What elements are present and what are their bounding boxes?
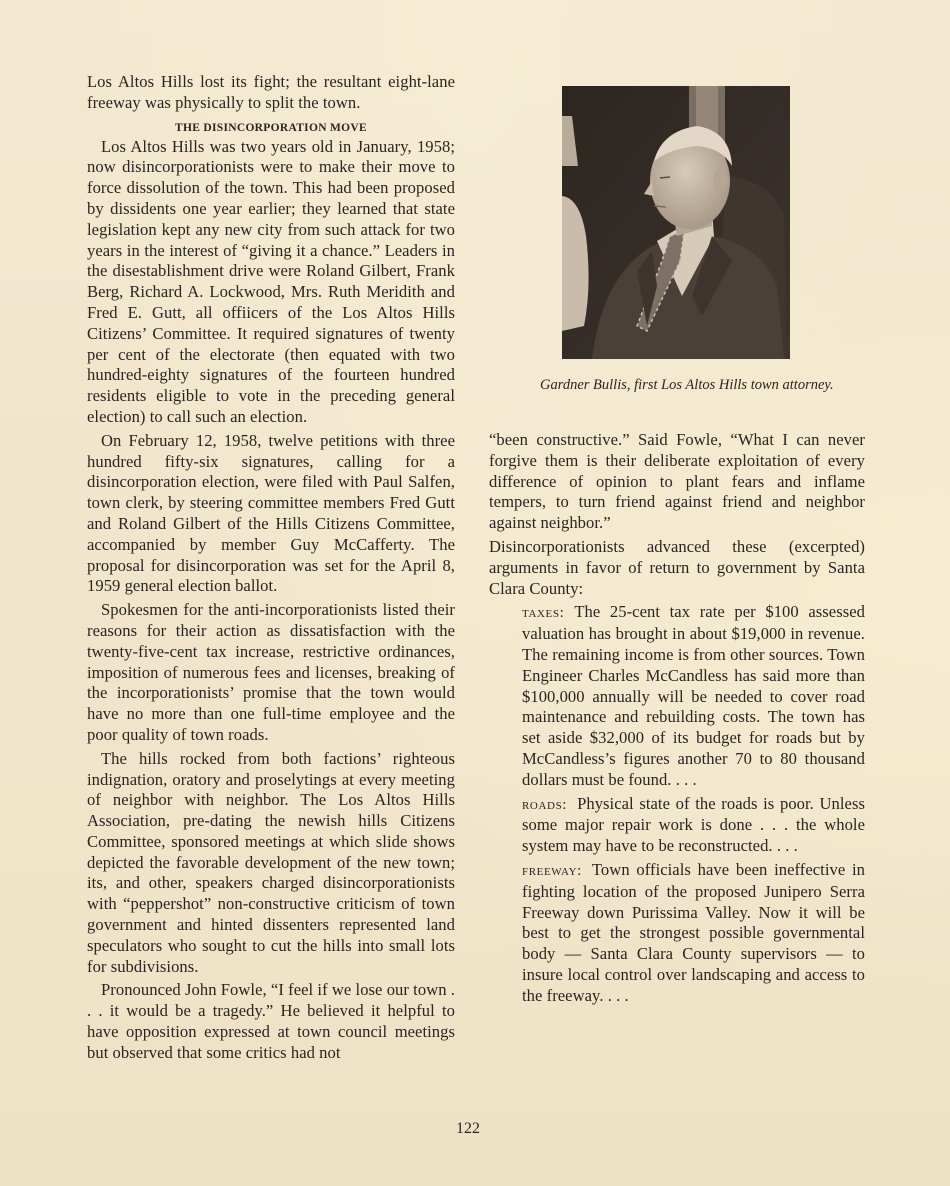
paragraph: The hills rocked from both factions’ rig… [87,749,455,978]
book-page: Los Altos Hills lost its fight; the resu… [0,0,950,1186]
argument-label: TAXES: [522,605,564,621]
argument-freeway: FREEWAY:Town officials have been ineffec… [489,860,865,1007]
section-heading: THE DISINCORPORATION MOVE [87,122,455,134]
paragraph: Pronounced John Fowle, “I feel if we los… [87,980,455,1063]
paragraph: Spokesmen for the anti-incorporationists… [87,600,455,746]
paragraph: Los Altos Hills was two years old in Jan… [87,137,455,428]
page-number: 122 [456,1120,480,1138]
argument-text: Physical state of the roads is poor. Unl… [522,794,865,856]
argument-roads: ROADS:Physical state of the roads is poo… [489,794,865,857]
paragraph: “been constructive.” Said Fowle, “What I… [489,430,865,534]
argument-label: FREEWAY: [522,863,582,879]
left-column: Los Altos Hills lost its fight; the resu… [87,72,455,1067]
portrait-photo [562,86,790,359]
argument-taxes: TAXES:The 25-cent tax rate per $100 asse… [489,602,865,790]
argument-text: Town officials have been ineffective in … [522,860,865,1005]
opening-paragraph: Los Altos Hills lost its fight; the resu… [87,72,455,114]
argument-label: ROADS: [522,797,567,813]
portrait-image [562,86,790,359]
paragraph: Disincorporationists advanced these (exc… [489,537,865,599]
argument-text: The 25-cent tax rate per $100 assessed v… [522,602,865,788]
right-column: “been constructive.” Said Fowle, “What I… [489,430,865,1010]
paragraph: On February 12, 1958, twelve petitions w… [87,431,455,597]
photo-caption: Gardner Bullis, first Los Altos Hills to… [540,376,840,395]
